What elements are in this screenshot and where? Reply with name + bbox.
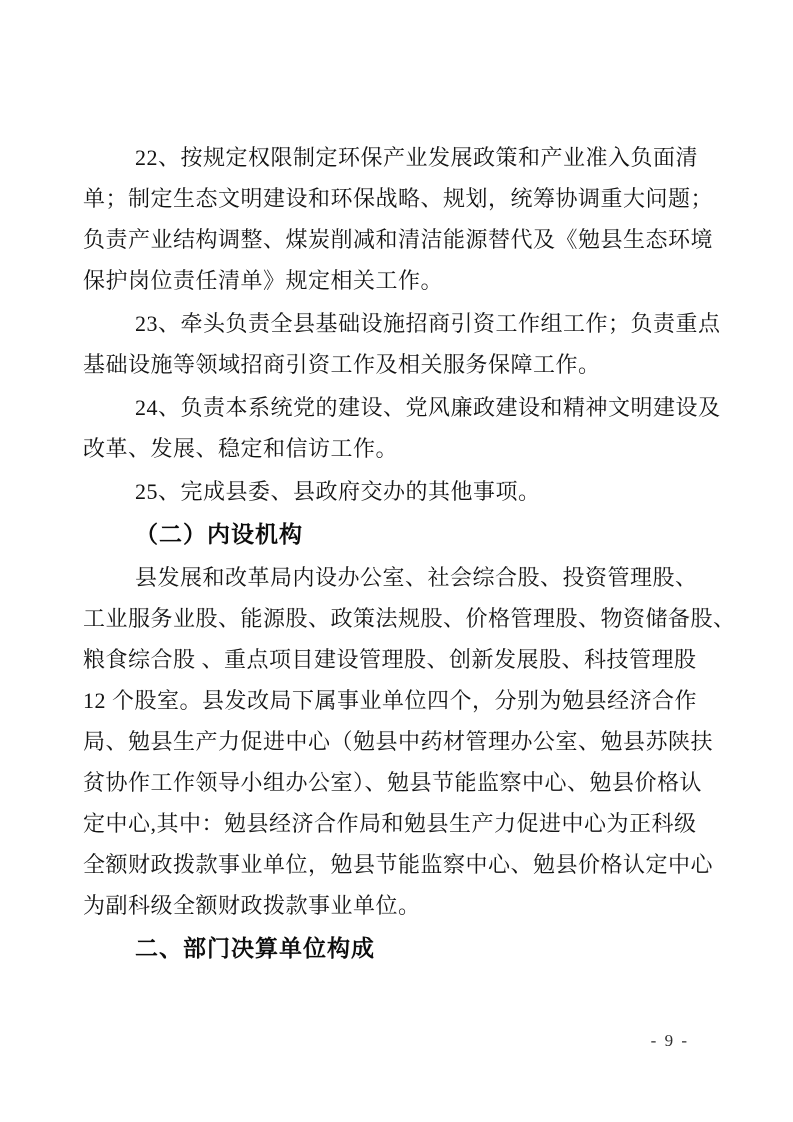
document-page: 22、按规定权限制定环保产业发展政策和产业准入负面清 单；制定生态文明建设和环保…	[0, 0, 793, 1122]
heading-internal-organs: （二）内设机构	[83, 514, 749, 555]
heading-section-two-budget-units: 二、部门决算单位构成	[83, 928, 749, 969]
paragraph-item-24: 24、负责本系统党的建设、党风廉政建设和精神文明建设及 改革、发展、稳定和信访工…	[83, 387, 749, 469]
document-content: 22、按规定权限制定环保产业发展政策和产业准入负面清 单；制定生态文明建设和环保…	[83, 137, 749, 971]
page-number: - 9 -	[651, 1031, 689, 1051]
paragraph-item-23: 23、牵头负责全县基础设施招商引资工作组工作；负责重点 基础设施等领域招商引资工…	[83, 303, 749, 385]
paragraph-item-25: 25、完成县委、县政府交办的其他事项。	[83, 471, 749, 512]
paragraph-internal-organs-detail: 县发展和改革局内设办公室、社会综合股、投资管理股、 工业服务业股、能源股、政策法…	[83, 557, 749, 926]
paragraph-item-22: 22、按规定权限制定环保产业发展政策和产业准入负面清 单；制定生态文明建设和环保…	[83, 137, 749, 301]
